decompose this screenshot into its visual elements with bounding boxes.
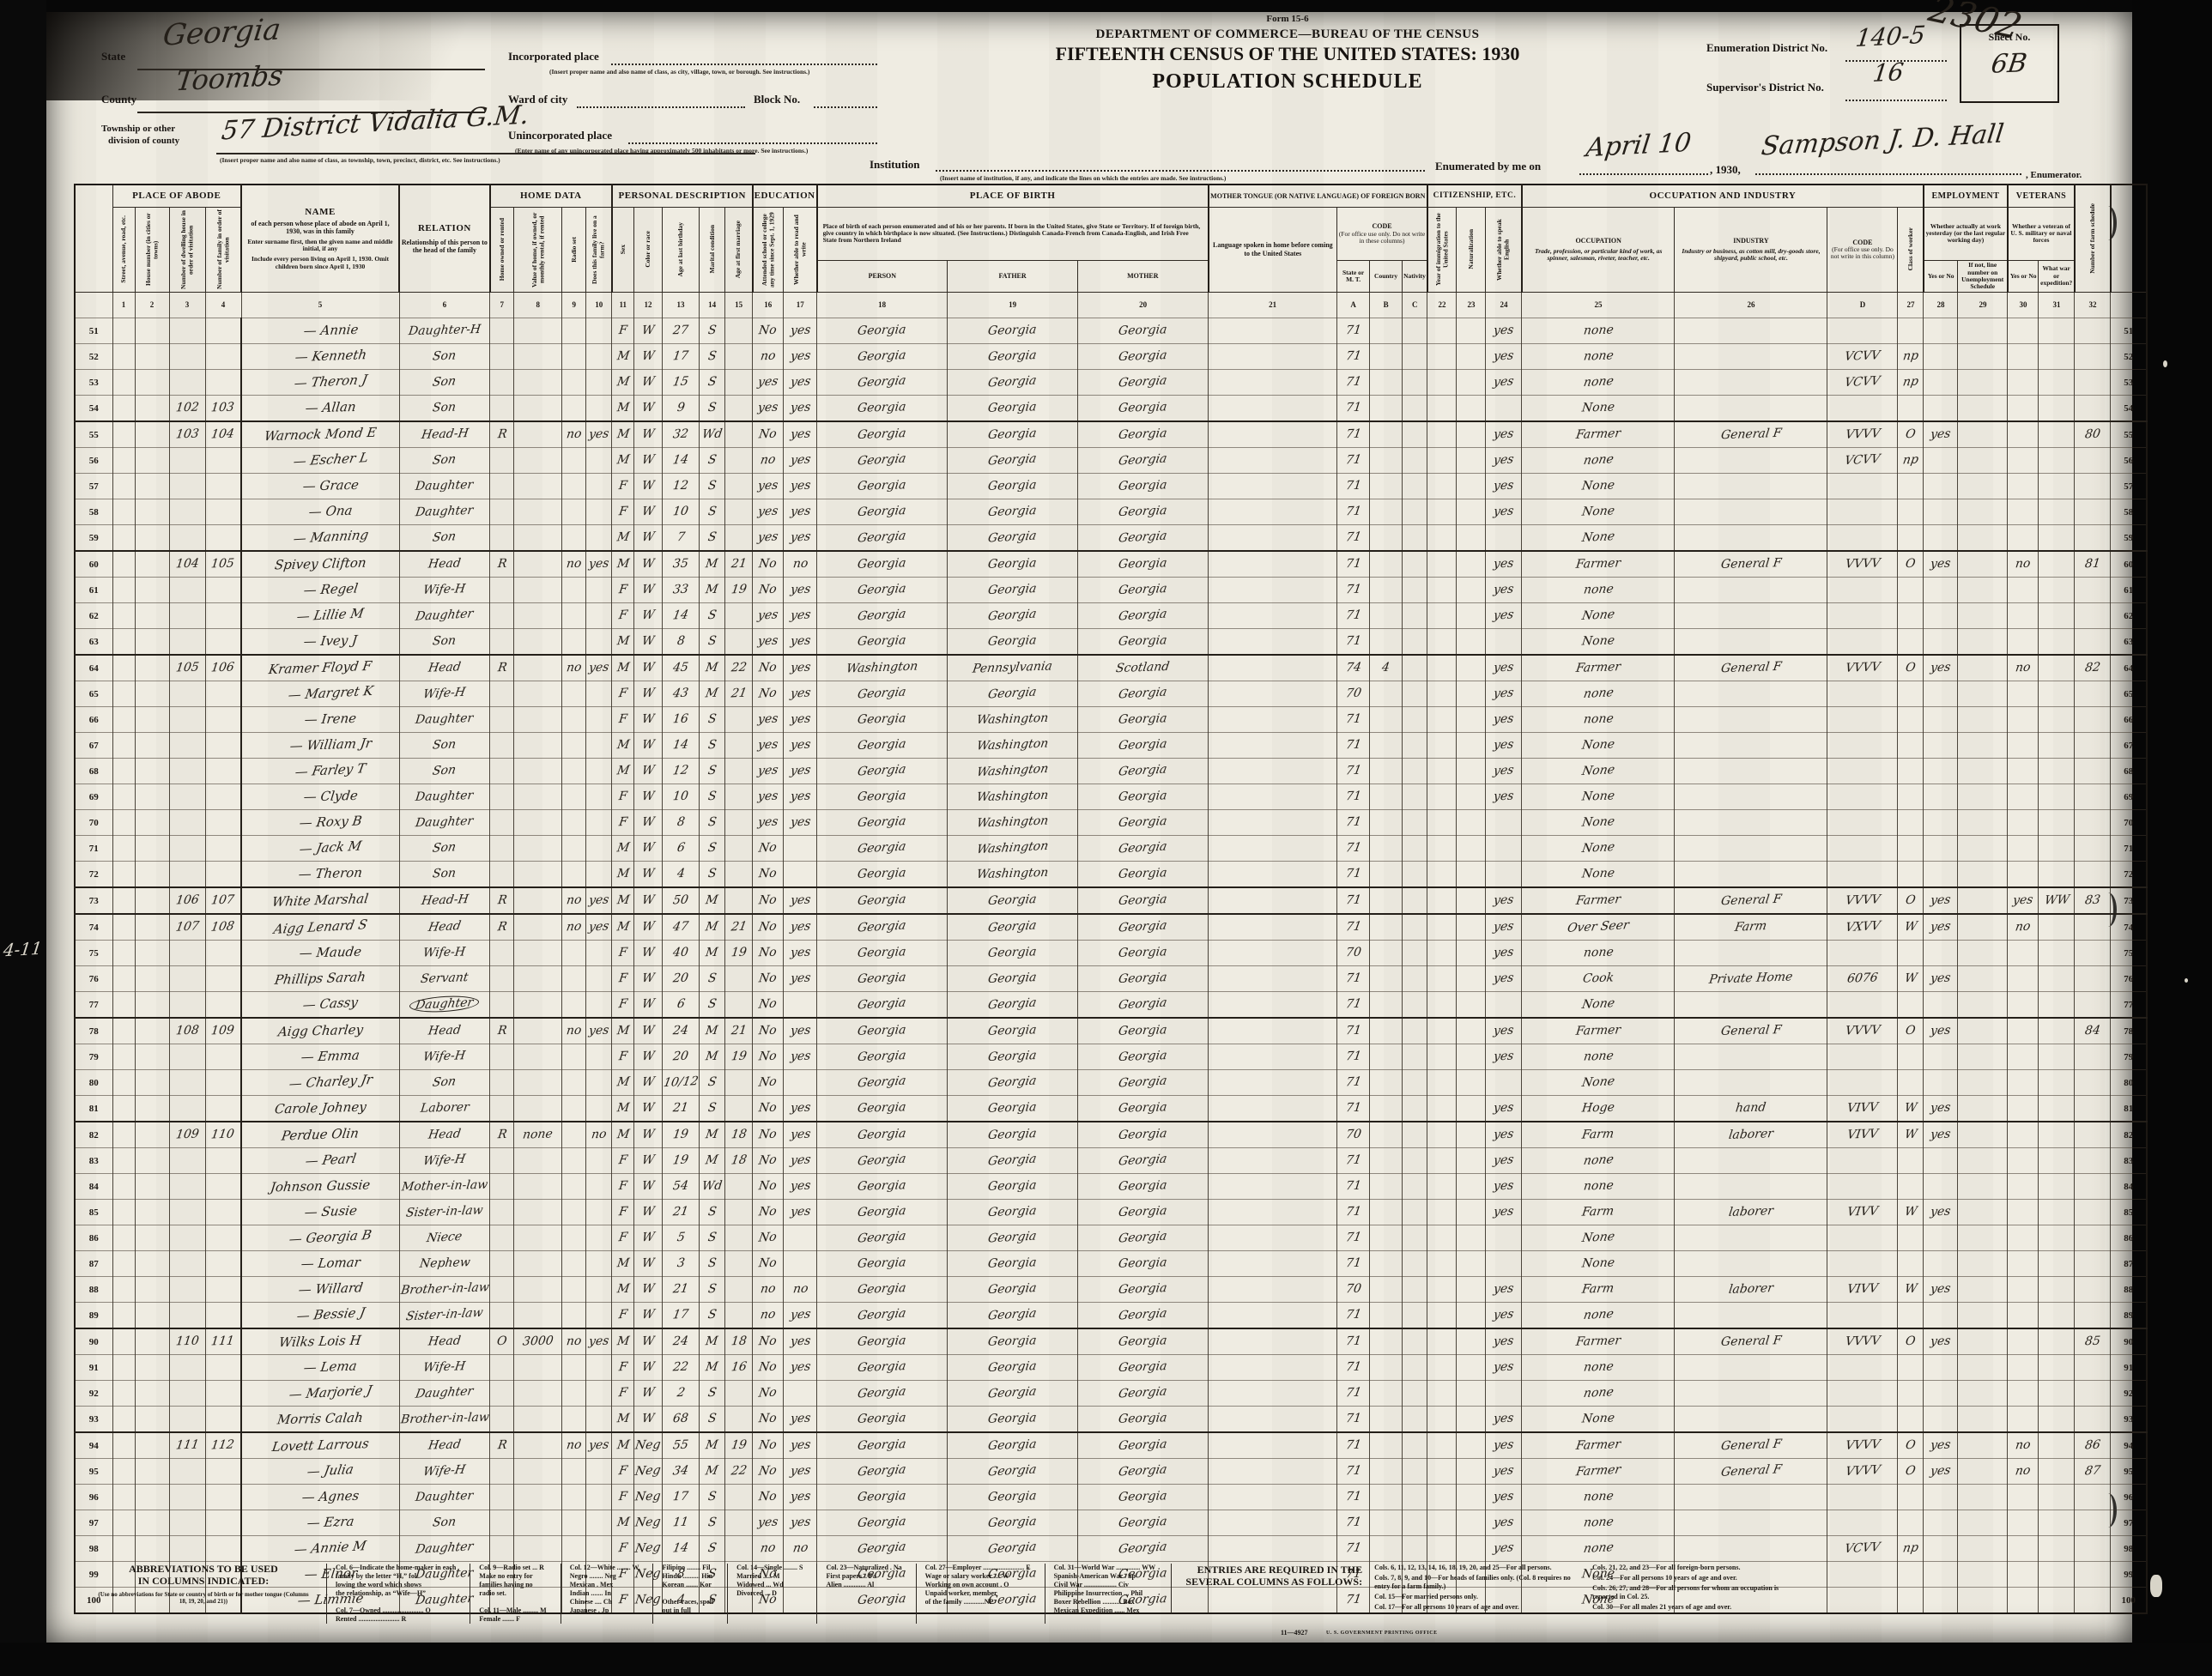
- cell-fm: [586, 1380, 612, 1406]
- cell-cC: [1403, 1173, 1427, 1199]
- cell-bf: Georgia: [948, 473, 1078, 499]
- code-abc-header: CODE (For office use only. Do not write …: [1337, 207, 1427, 261]
- line-number-cell: 81: [75, 1095, 112, 1122]
- cell-bm: Georgia: [1078, 1535, 1209, 1561]
- cell-rel: Wife-H: [399, 1354, 490, 1380]
- cell-war: [2039, 914, 2075, 941]
- cell-fs: [2075, 1510, 2111, 1535]
- relation-title: RELATION: [401, 223, 488, 233]
- cell-sex: M: [612, 1122, 634, 1148]
- name-desc-1: of each person whose place of abode on A…: [243, 220, 397, 235]
- line-number-cell: 96: [2111, 1484, 2147, 1510]
- cell-bp: Georgia: [817, 940, 948, 965]
- cell-hn: [135, 1225, 169, 1250]
- cell-vet: [2008, 1044, 2039, 1069]
- cell-cC: [1403, 965, 1427, 991]
- cell-bm: Georgia: [1078, 473, 1209, 499]
- cell-cA: 71: [1337, 1225, 1370, 1250]
- cell-cB: [1370, 1328, 1403, 1355]
- cell-nat: [1457, 395, 1486, 421]
- cell-emp: yes: [1924, 1018, 1958, 1044]
- cell-sch: yes: [753, 602, 784, 628]
- cell-lang: [1209, 395, 1337, 421]
- cell-dn: 111: [169, 1432, 205, 1459]
- cell-hn: [135, 1406, 169, 1432]
- line-number-cell: 69: [75, 784, 112, 809]
- cell-emp: [1924, 706, 1958, 732]
- incorporated-underline: [611, 64, 877, 65]
- cell-cC: [1403, 732, 1427, 758]
- cell-sch: No: [753, 577, 784, 602]
- cell-nat: [1457, 1250, 1486, 1276]
- cell-sch: no: [753, 1302, 784, 1328]
- cell-eng: yes: [1486, 369, 1522, 395]
- cell-cA: 71: [1337, 914, 1370, 941]
- cell-nat: [1457, 1147, 1486, 1173]
- cell-rel: Son: [399, 395, 490, 421]
- line-number-cell: 76: [2111, 965, 2147, 991]
- cell-mar: M: [700, 577, 725, 602]
- cell-st: [112, 1406, 135, 1432]
- cell-occ: Hoge: [1522, 1095, 1675, 1122]
- cell-fm: yes: [586, 914, 612, 941]
- incorporated-note: (Insert proper name and also name of cla…: [549, 68, 809, 76]
- cell-fn: [205, 809, 241, 835]
- cell-yi: [1427, 809, 1457, 835]
- cell-ind: [1675, 1354, 1827, 1380]
- cell-cD: [1827, 499, 1898, 524]
- col-school: Attended school or college any time sinc…: [753, 207, 784, 292]
- cell-un: [1958, 991, 2008, 1018]
- cell-rw: yes: [784, 809, 817, 835]
- cell-fn: 112: [205, 1432, 241, 1459]
- cell-occ: Farmer: [1522, 1328, 1675, 1355]
- cell-occ: None: [1522, 835, 1675, 861]
- cell-un: [1958, 447, 2008, 473]
- cell-hn: [135, 369, 169, 395]
- census-row: 97 — EzraSonMNeg11SyesyesGeorgiaGeorgiaG…: [75, 1510, 2147, 1535]
- cell-yi: [1427, 1173, 1457, 1199]
- cell-cw: [1898, 1302, 1924, 1328]
- cell-val: [514, 965, 562, 991]
- cell-hn: [135, 1328, 169, 1355]
- cell-hn: [135, 1354, 169, 1380]
- cell-eng: yes: [1486, 1122, 1522, 1148]
- cell-rw: [784, 1250, 817, 1276]
- cell-war: [2039, 1147, 2075, 1173]
- sex-label: Sex: [620, 245, 627, 254]
- cell-bf: Georgia: [948, 1432, 1078, 1459]
- cell-hn: [135, 473, 169, 499]
- cell-st: [112, 1095, 135, 1122]
- cell-vet: [2008, 1276, 2039, 1302]
- cell-cw: np: [1898, 1535, 1924, 1561]
- cell-vet: [2008, 1510, 2039, 1535]
- col-age: Age at last birthday: [662, 207, 699, 292]
- cell-hn: [135, 524, 169, 551]
- column-number: 2: [135, 292, 169, 318]
- cell-rw: no: [784, 551, 817, 578]
- cell-lang: [1209, 1250, 1337, 1276]
- cell-occ: None: [1522, 499, 1675, 524]
- cell-fm: [586, 602, 612, 628]
- line-number-cell: 97: [75, 1510, 112, 1535]
- cell-race: W: [634, 940, 663, 965]
- cell-war: [2039, 1535, 2075, 1561]
- cell-occ: Farmer: [1522, 1458, 1675, 1484]
- cell-yi: [1427, 1225, 1457, 1250]
- col-language: Language spoken in home before coming to…: [1209, 207, 1337, 292]
- cell-bp: Georgia: [817, 1018, 948, 1044]
- cell-fn: [205, 681, 241, 706]
- cell-val: [514, 602, 562, 628]
- cell-val: [514, 655, 562, 681]
- cell-st: [112, 706, 135, 732]
- class-of-worker-label: Class of worker: [1907, 227, 1914, 270]
- cell-name: Aigg Lenard S: [241, 914, 399, 941]
- line-number-cell: 58: [75, 499, 112, 524]
- cell-cA: 70: [1337, 681, 1370, 706]
- cell-val: [514, 1406, 562, 1432]
- cell-name: — Julia: [241, 1458, 399, 1484]
- cell-sch: No: [753, 1484, 784, 1510]
- cell-race: W: [634, 1406, 663, 1432]
- legend-block: Col. 23—Naturalized . NaFirst papers .. …: [816, 1564, 901, 1624]
- cell-fs: [2075, 706, 2111, 732]
- cell-fs: [2075, 602, 2111, 628]
- cell-rad: [562, 473, 586, 499]
- cell-bp: Georgia: [817, 887, 948, 914]
- cell-bm: Georgia: [1078, 732, 1209, 758]
- cell-lang: [1209, 1380, 1337, 1406]
- farm-schedule-label: Number of farm schedule: [2089, 203, 2096, 274]
- cell-yi: [1427, 655, 1457, 681]
- cell-fs: [2075, 395, 2111, 421]
- cell-rad: [562, 1302, 586, 1328]
- cell-rel: Wife-H: [399, 577, 490, 602]
- cell-val: [514, 809, 562, 835]
- cell-hn: [135, 1095, 169, 1122]
- cell-fm: [586, 1276, 612, 1302]
- cell-mar: S: [700, 1069, 725, 1095]
- cell-occ: Farm: [1522, 1276, 1675, 1302]
- cell-val: [514, 1225, 562, 1250]
- cell-war: [2039, 1510, 2075, 1535]
- farm-label: Does this family live on a farm?: [591, 209, 606, 291]
- cell-fm: [586, 577, 612, 602]
- census-row: 65 — Margret KWife-HFW43M21NoyesGeorgiaG…: [75, 681, 2147, 706]
- cell-rw: yes: [784, 343, 817, 369]
- cell-rel: Daughter: [399, 499, 490, 524]
- cell-dn: [169, 809, 205, 835]
- cell-hn: [135, 655, 169, 681]
- cell-rel: Daughter: [399, 1535, 490, 1561]
- cell-emp: [1924, 1484, 1958, 1510]
- col-home-value: Value of home, if owned, or monthly rent…: [514, 207, 562, 292]
- cell-mar: M: [700, 681, 725, 706]
- cell-cB: [1370, 1535, 1403, 1561]
- cell-bf: Georgia: [948, 1122, 1078, 1148]
- cell-ten: [490, 369, 514, 395]
- cell-sex: F: [612, 1225, 634, 1250]
- cell-ind: General F: [1675, 421, 1827, 448]
- cell-rel: Son: [399, 732, 490, 758]
- cell-sex: F: [612, 577, 634, 602]
- cell-fs: [2075, 1147, 2111, 1173]
- cell-fs: [2075, 1122, 2111, 1148]
- cell-yi: [1427, 1044, 1457, 1069]
- cell-un: [1958, 835, 2008, 861]
- census-row: 95 — JuliaWife-HFNeg34M22NoyesGeorgiaGeo…: [75, 1458, 2147, 1484]
- cell-rw: [784, 991, 817, 1018]
- cell-age: 17: [662, 1302, 699, 1328]
- group-personal-description: PERSONAL DESCRIPTION: [612, 185, 753, 207]
- cell-name: — Grace: [241, 473, 399, 499]
- cell-sch: No: [753, 421, 784, 448]
- cell-cw: W: [1898, 914, 1924, 941]
- cell-eng: [1486, 1225, 1522, 1250]
- line-number-cell: 59: [75, 524, 112, 551]
- cell-cw: [1898, 577, 1924, 602]
- cell-occ: none: [1522, 681, 1675, 706]
- cell-mar: S: [700, 395, 725, 421]
- dwelling-number-label: Number of dwelling house in order of vis…: [180, 209, 195, 291]
- cell-st: [112, 343, 135, 369]
- cell-age: 21: [662, 1095, 699, 1122]
- cell-rel: Servant: [399, 965, 490, 991]
- cell-sex: M: [612, 1432, 634, 1459]
- cell-cA: 71: [1337, 1510, 1370, 1535]
- cell-vet: [2008, 1328, 2039, 1355]
- enumerator-name-line: [1755, 173, 2021, 175]
- cell-fm: [586, 1044, 612, 1069]
- cell-bm: Georgia: [1078, 1147, 1209, 1173]
- cell-sch: yes: [753, 784, 784, 809]
- line-number-cell: 63: [2111, 628, 2147, 655]
- cell-nat: [1457, 1018, 1486, 1044]
- cell-un: [1958, 473, 2008, 499]
- cell-cA: 71: [1337, 1199, 1370, 1225]
- cell-bf: Georgia: [948, 1044, 1078, 1069]
- cell-st: [112, 628, 135, 655]
- cell-ind: [1675, 991, 1827, 1018]
- cell-rad: [562, 809, 586, 835]
- line-number-cell: 75: [2111, 940, 2147, 965]
- cell-nat: [1457, 343, 1486, 369]
- cell-yi: [1427, 395, 1457, 421]
- cell-hn: [135, 784, 169, 809]
- cell-cw: [1898, 602, 1924, 628]
- cell-bm: Georgia: [1078, 395, 1209, 421]
- census-row: 66 — IreneDaughterFW16SyesyesGeorgiaWash…: [75, 706, 2147, 732]
- cell-sex: F: [612, 473, 634, 499]
- cell-sch: No: [753, 655, 784, 681]
- cell-vet: [2008, 1199, 2039, 1225]
- cell-afm: [725, 1069, 753, 1095]
- cell-nat: [1457, 991, 1486, 1018]
- cell-ind: [1675, 1484, 1827, 1510]
- cell-ind: hand: [1675, 1095, 1827, 1122]
- cell-emp: [1924, 499, 1958, 524]
- cell-fn: [205, 1044, 241, 1069]
- line-number-cell: 94: [2111, 1432, 2147, 1459]
- cell-bf: Georgia: [948, 318, 1078, 343]
- cell-yi: [1427, 1458, 1457, 1484]
- cell-hn: [135, 499, 169, 524]
- cell-sch: yes: [753, 809, 784, 835]
- cell-hn: [135, 1432, 169, 1459]
- cell-st: [112, 602, 135, 628]
- cell-cA: 71: [1337, 1354, 1370, 1380]
- cell-bm: Georgia: [1078, 499, 1209, 524]
- cell-occ: None: [1522, 628, 1675, 655]
- cell-ten: [490, 1380, 514, 1406]
- cell-rad: [562, 1044, 586, 1069]
- cell-rad: [562, 1510, 586, 1535]
- code-d-note: (For office use only. Do not write in th…: [1828, 246, 1896, 261]
- cell-nat: [1457, 681, 1486, 706]
- cell-cB: [1370, 1302, 1403, 1328]
- cell-fn: [205, 524, 241, 551]
- cell-cw: [1898, 395, 1924, 421]
- cell-nat: [1457, 499, 1486, 524]
- cell-fm: [586, 499, 612, 524]
- cell-yi: [1427, 861, 1457, 887]
- cell-eng: yes: [1486, 447, 1522, 473]
- cell-cB: [1370, 1122, 1403, 1148]
- cell-ten: [490, 1199, 514, 1225]
- cell-rel: Laborer: [399, 1095, 490, 1122]
- cell-hn: [135, 1458, 169, 1484]
- cell-cA: 71: [1337, 1406, 1370, 1432]
- entries-left-column: Cols. 6, 11, 12, 13, 14, 16, 18, 19, 20,…: [1374, 1564, 1580, 1613]
- cell-val: [514, 1095, 562, 1122]
- cell-cw: [1898, 706, 1924, 732]
- group-employment: EMPLOYMENT: [1924, 185, 2008, 207]
- cell-occ: Farmer: [1522, 887, 1675, 914]
- cell-emp: yes: [1924, 1122, 1958, 1148]
- cell-emp: yes: [1924, 1432, 1958, 1459]
- cell-st: [112, 1535, 135, 1561]
- cell-fn: [205, 369, 241, 395]
- cell-st: [112, 1018, 135, 1044]
- cell-bf: Georgia: [948, 1250, 1078, 1276]
- cell-rw: yes: [784, 732, 817, 758]
- cell-mar: S: [700, 991, 725, 1018]
- cell-dn: [169, 343, 205, 369]
- cell-cD: 6076: [1827, 965, 1898, 991]
- line-number-cell: 86: [2111, 1225, 2147, 1250]
- cell-afm: 19: [725, 1432, 753, 1459]
- cell-cA: 71: [1337, 809, 1370, 835]
- line-number-cell: 51: [75, 318, 112, 343]
- cell-st: [112, 1122, 135, 1148]
- cell-bf: Georgia: [948, 1458, 1078, 1484]
- cell-fn: [205, 1147, 241, 1173]
- cell-afm: 18: [725, 1328, 753, 1355]
- cell-hn: [135, 1044, 169, 1069]
- cell-bf: Washington: [948, 861, 1078, 887]
- cell-bf: Georgia: [948, 1276, 1078, 1302]
- cell-lang: [1209, 447, 1337, 473]
- radio-label: Radio set: [571, 237, 578, 263]
- cell-rel: Brother-in-law: [399, 1406, 490, 1432]
- cell-rw: [784, 1069, 817, 1095]
- col-house-number: House number (in cities or towns): [135, 207, 169, 292]
- read-write-label: Whether able to read and write: [793, 209, 808, 291]
- cell-fs: [2075, 1250, 2111, 1276]
- cell-cw: np: [1898, 369, 1924, 395]
- cell-yi: [1427, 835, 1457, 861]
- census-row: 76Phillips SarahServantFW20SNoyesGeorgia…: [75, 965, 2147, 991]
- cell-mar: S: [700, 499, 725, 524]
- cell-cC: [1403, 628, 1427, 655]
- cell-occ: none: [1522, 1147, 1675, 1173]
- cell-sch: No: [753, 1250, 784, 1276]
- block-label: Block No.: [754, 93, 800, 106]
- cell-fm: [586, 343, 612, 369]
- cell-fn: [205, 835, 241, 861]
- cell-emp: yes: [1924, 1458, 1958, 1484]
- cell-cB: [1370, 940, 1403, 965]
- cell-yi: [1427, 447, 1457, 473]
- cell-emp: [1924, 861, 1958, 887]
- cell-un: [1958, 732, 2008, 758]
- cell-bm: Georgia: [1078, 318, 1209, 343]
- cell-un: [1958, 1535, 2008, 1561]
- cell-st: [112, 1199, 135, 1225]
- cell-fn: [205, 940, 241, 965]
- cell-sex: M: [612, 1276, 634, 1302]
- cell-emp: [1924, 1147, 1958, 1173]
- cell-bf: Georgia: [948, 1510, 1078, 1535]
- cell-dn: [169, 577, 205, 602]
- cell-vet: [2008, 1095, 2039, 1122]
- cell-cw: O: [1898, 1018, 1924, 1044]
- place-of-birth-desc: Place of birth of each person enumerated…: [817, 207, 1209, 261]
- cell-rel: Niece: [399, 1225, 490, 1250]
- cell-cD: [1827, 577, 1898, 602]
- cell-age: 4: [662, 861, 699, 887]
- cell-fn: [205, 628, 241, 655]
- cell-fs: 81: [2075, 551, 2111, 578]
- cell-ten: [490, 1458, 514, 1484]
- cell-st: [112, 369, 135, 395]
- cell-fn: [205, 1069, 241, 1095]
- cell-rel: Daughter: [399, 602, 490, 628]
- cell-sex: M: [612, 732, 634, 758]
- cell-cD: VVVV: [1827, 551, 1898, 578]
- cell-cA: 71: [1337, 1380, 1370, 1406]
- cell-cB: [1370, 784, 1403, 809]
- cell-mar: S: [700, 1250, 725, 1276]
- cell-afm: [725, 1199, 753, 1225]
- col-speak-english: Whether able to speak English: [1486, 207, 1522, 292]
- cell-rad: [562, 369, 586, 395]
- cell-bm: Georgia: [1078, 369, 1209, 395]
- cell-rw: [784, 1380, 817, 1406]
- cell-cD: [1827, 861, 1898, 887]
- employment-yes-no-header: Yes or No: [1924, 261, 1958, 292]
- cell-bm: Georgia: [1078, 447, 1209, 473]
- legend-block: Col. 31—World War .............. WWSpani…: [1045, 1564, 1155, 1624]
- cell-un: [1958, 914, 2008, 941]
- cell-ind: laborer: [1675, 1276, 1827, 1302]
- cell-occ: none: [1522, 447, 1675, 473]
- cell-ind: [1675, 369, 1827, 395]
- cell-age: 10: [662, 499, 699, 524]
- cell-rad: [562, 318, 586, 343]
